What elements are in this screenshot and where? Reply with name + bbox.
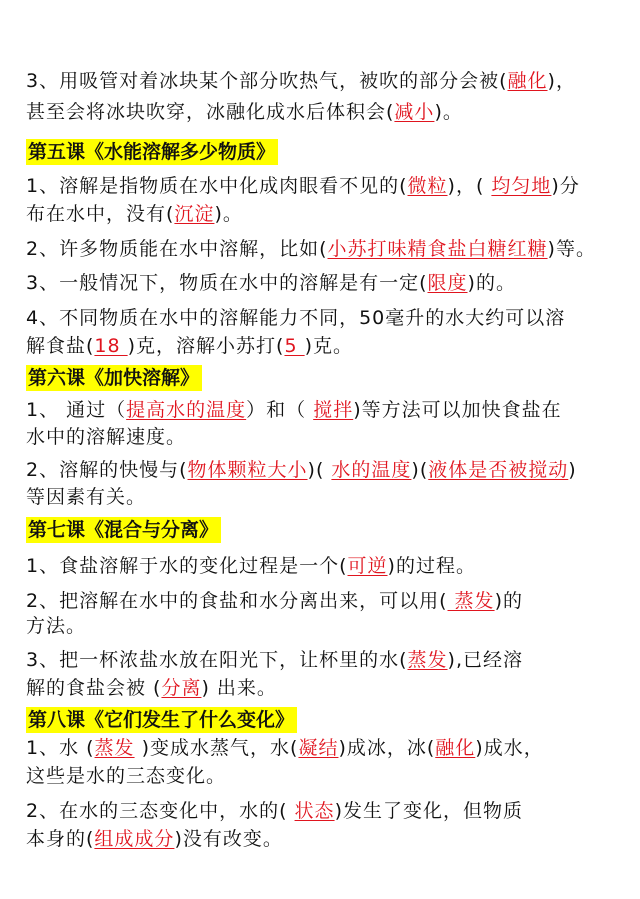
note-line: 本身的(组成成分)没有改变。 [26, 826, 283, 852]
note-text: 2、溶解的快慢与( [26, 459, 188, 481]
note-text: )发生了变化，但物质 [335, 800, 523, 822]
note-text: 布在水中，没有( [26, 203, 174, 225]
answer-blank: 18 [94, 335, 127, 357]
answer-blank: 均匀地 [491, 175, 551, 197]
note-text: 等因素有关。 [26, 486, 146, 508]
note-line: 布在水中，没有(沉淀)。 [26, 201, 243, 227]
answer-blank: 可逆 [348, 555, 388, 577]
note-text: 这些是水的三态变化。 [26, 765, 226, 787]
answer-blank: 蒸发 [408, 649, 448, 671]
note-line: 2、把溶解在水中的食盐和水分离出来，可以用( 蒸发)的 [26, 588, 523, 614]
answer-blank: 蒸发 [448, 590, 495, 612]
answer-blank: 搅拌 [313, 399, 353, 421]
note-text: 方法。 [26, 615, 86, 637]
answer-blank: 微粒 [408, 175, 448, 197]
note-text: )。 [434, 101, 462, 123]
note-text: ),已经溶 [448, 649, 523, 671]
note-line: 3、一般情况下，物质在水中的溶解是有一定(限度)的。 [26, 270, 516, 296]
note-text: )克。 [305, 335, 353, 357]
note-text: )克，溶解小苏打( [128, 335, 285, 357]
lesson-heading: 第五课《水能溶解多少物质》 [26, 139, 278, 165]
note-line: 解食盐(18 )克，溶解小苏打(5 )克。 [26, 333, 353, 359]
note-text: )的 [495, 590, 523, 612]
note-text: 3、把一杯浓盐水放在阳光下，让杯里的水( [26, 649, 408, 671]
note-line: 3、用吸管对着冰块某个部分吹热气，被吹的部分会被(融化)， [26, 68, 576, 94]
note-text: )等。 [548, 238, 596, 260]
note-line: 2、在水的三态变化中，水的( 状态)发生了变化，但物质 [26, 798, 523, 824]
note-line: 2、溶解的快慢与(物体颗粒大小)( 水的温度)(液体是否被搅动) [26, 457, 577, 483]
note-line: 3、把一杯浓盐水放在阳光下，让杯里的水(蒸发),已经溶 [26, 647, 523, 673]
note-line: 水中的溶解速度。 [26, 424, 186, 450]
note-text: 2、把溶解在水中的食盐和水分离出来，可以用( [26, 590, 448, 612]
answer-blank: 小苏打味精食盐白糖红糖 [328, 238, 548, 260]
note-text: )， [548, 70, 576, 92]
answer-blank: 状态 [295, 800, 335, 822]
note-line: 方法。 [26, 613, 86, 639]
note-text: ) 出来。 [201, 677, 276, 699]
answer-blank: 限度 [428, 272, 468, 294]
note-text: 1、水 ( [26, 737, 95, 759]
answer-blank: 沉淀 [174, 203, 214, 225]
note-line: 这些是水的三态变化。 [26, 763, 226, 789]
answer-blank: 融化 [508, 70, 548, 92]
note-line: 4、不同物质在水中的溶解能力不同，50毫升的水大约可以溶 [26, 305, 565, 331]
note-text: 4、不同物质在水中的溶解能力不同，50毫升的水大约可以溶 [26, 307, 565, 329]
note-text: )( [411, 459, 428, 481]
note-text: 本身的( [26, 828, 94, 850]
answer-blank: 融化 [435, 737, 475, 759]
note-text: )变成水蒸气，水( [135, 737, 299, 759]
note-text: 2、许多物质能在水中溶解，比如( [26, 238, 328, 260]
note-line: 等因素有关。 [26, 484, 146, 510]
note-text: 2、在水的三态变化中，水的( [26, 800, 295, 822]
note-text: 3、一般情况下，物质在水中的溶解是有一定( [26, 272, 428, 294]
note-text: )成水， [475, 737, 543, 759]
note-text: )没有改变。 [174, 828, 282, 850]
lesson-heading: 第七课《混合与分离》 [26, 517, 221, 543]
note-text: )的过程。 [388, 555, 476, 577]
lesson-heading: 第八课《它们发生了什么变化》 [26, 707, 297, 733]
note-text: 1、溶解是指物质在水中化成肉眼看不见的( [26, 175, 408, 197]
note-text: )( [308, 459, 332, 481]
note-text: 3、用吸管对着冰块某个部分吹热气，被吹的部分会被( [26, 70, 508, 92]
answer-blank: 蒸发 [95, 737, 135, 759]
answer-blank: 提高水的温度 [126, 399, 246, 421]
note-text: 解的食盐会被 ( [26, 677, 161, 699]
note-text: )。 [214, 203, 242, 225]
note-text: ）和（ [246, 399, 313, 421]
note-text: 甚至会将冰块吹穿，冰融化成水后体积会( [26, 101, 394, 123]
answer-blank: 分离 [161, 677, 201, 699]
answer-blank: 5 [284, 335, 304, 357]
note-text: 水中的溶解速度。 [26, 426, 186, 448]
note-line: 2、许多物质能在水中溶解，比如(小苏打味精食盐白糖红糖)等。 [26, 236, 596, 262]
lesson-heading: 第六课《加快溶解》 [26, 365, 202, 391]
note-text: ) [568, 459, 576, 481]
answer-blank: 水的温度 [331, 459, 411, 481]
note-line: 1、水 (蒸发 )变成水蒸气，水(凝结)成冰，冰(融化)成水， [26, 735, 544, 761]
note-line: 解的食盐会被 (分离) 出来。 [26, 675, 277, 701]
note-text: 解食盐( [26, 335, 94, 357]
note-line: 1、溶解是指物质在水中化成肉眼看不见的(微粒)，( 均匀地)分 [26, 173, 580, 199]
note-text: )，( [448, 175, 492, 197]
answer-blank: 物体颗粒大小 [188, 459, 308, 481]
answer-blank: 凝结 [298, 737, 338, 759]
note-text: )的。 [468, 272, 516, 294]
note-text: )等方法可以加快食盐在 [353, 399, 561, 421]
note-line: 1、食盐溶解于水的变化过程是一个(可逆)的过程。 [26, 553, 476, 579]
note-text: 1、食盐溶解于水的变化过程是一个( [26, 555, 348, 577]
answer-blank: 组成成分 [94, 828, 174, 850]
answer-blank: 液体是否被搅动 [428, 459, 568, 481]
note-line: 甚至会将冰块吹穿，冰融化成水后体积会(减小)。 [26, 99, 463, 125]
note-text: )分 [551, 175, 579, 197]
note-text: 1、 通过（ [26, 399, 126, 421]
note-text: )成冰，冰( [338, 737, 435, 759]
note-line: 1、 通过（提高水的温度）和（ 搅拌)等方法可以加快食盐在 [26, 397, 562, 423]
answer-blank: 减小 [394, 101, 434, 123]
